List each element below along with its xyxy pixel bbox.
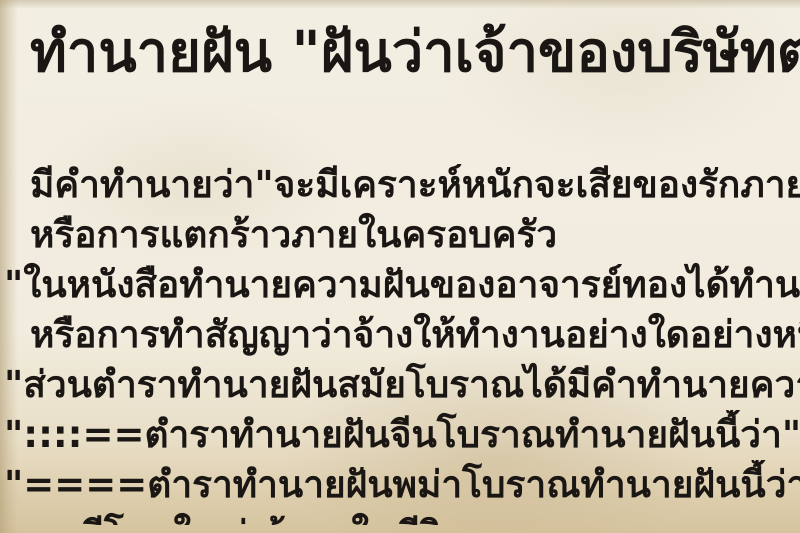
body-line-partial: จะมีโชคใหญ่เข้ามาในชีวิต (0, 510, 800, 525)
body-line: หรือการแตกร้าวภายในครอบครัว (0, 210, 800, 260)
body-line: "ส่วนตำราทำนายฝันสมัยโบราณได้มีคำทำนายคว… (0, 360, 800, 410)
body-line: หรือการทำสัญญาว่าจ้างให้ทำงานอย่างใดอย่า… (0, 310, 800, 360)
body-line: มีคำทำนายว่า"จะมีเคราะห์หนักจะเสียของรัก… (0, 160, 800, 210)
body-line: "====ตำราทำนายฝันพม่าโบราณทำนายฝันนี้ว่า… (0, 460, 800, 510)
body-line: "ในหนังสือทำนายความฝันของอาจารย์ทองได้ทำ… (0, 260, 800, 310)
interpretation-text: มีคำทำนายว่า"จะมีเคราะห์หนักจะเสียของรัก… (0, 160, 800, 525)
body-line: "::::==ตำราทำนายฝันจีนโบราณทำนายฝันนี้ว่… (0, 410, 800, 460)
page-title: ทำนายฝัน "ฝันว่าเจ้าของบริษัทตายแต่ไม่เ (30, 14, 800, 92)
paper-background: ทำนายฝัน "ฝันว่าเจ้าของบริษัทตายแต่ไม่เ … (0, 0, 800, 533)
